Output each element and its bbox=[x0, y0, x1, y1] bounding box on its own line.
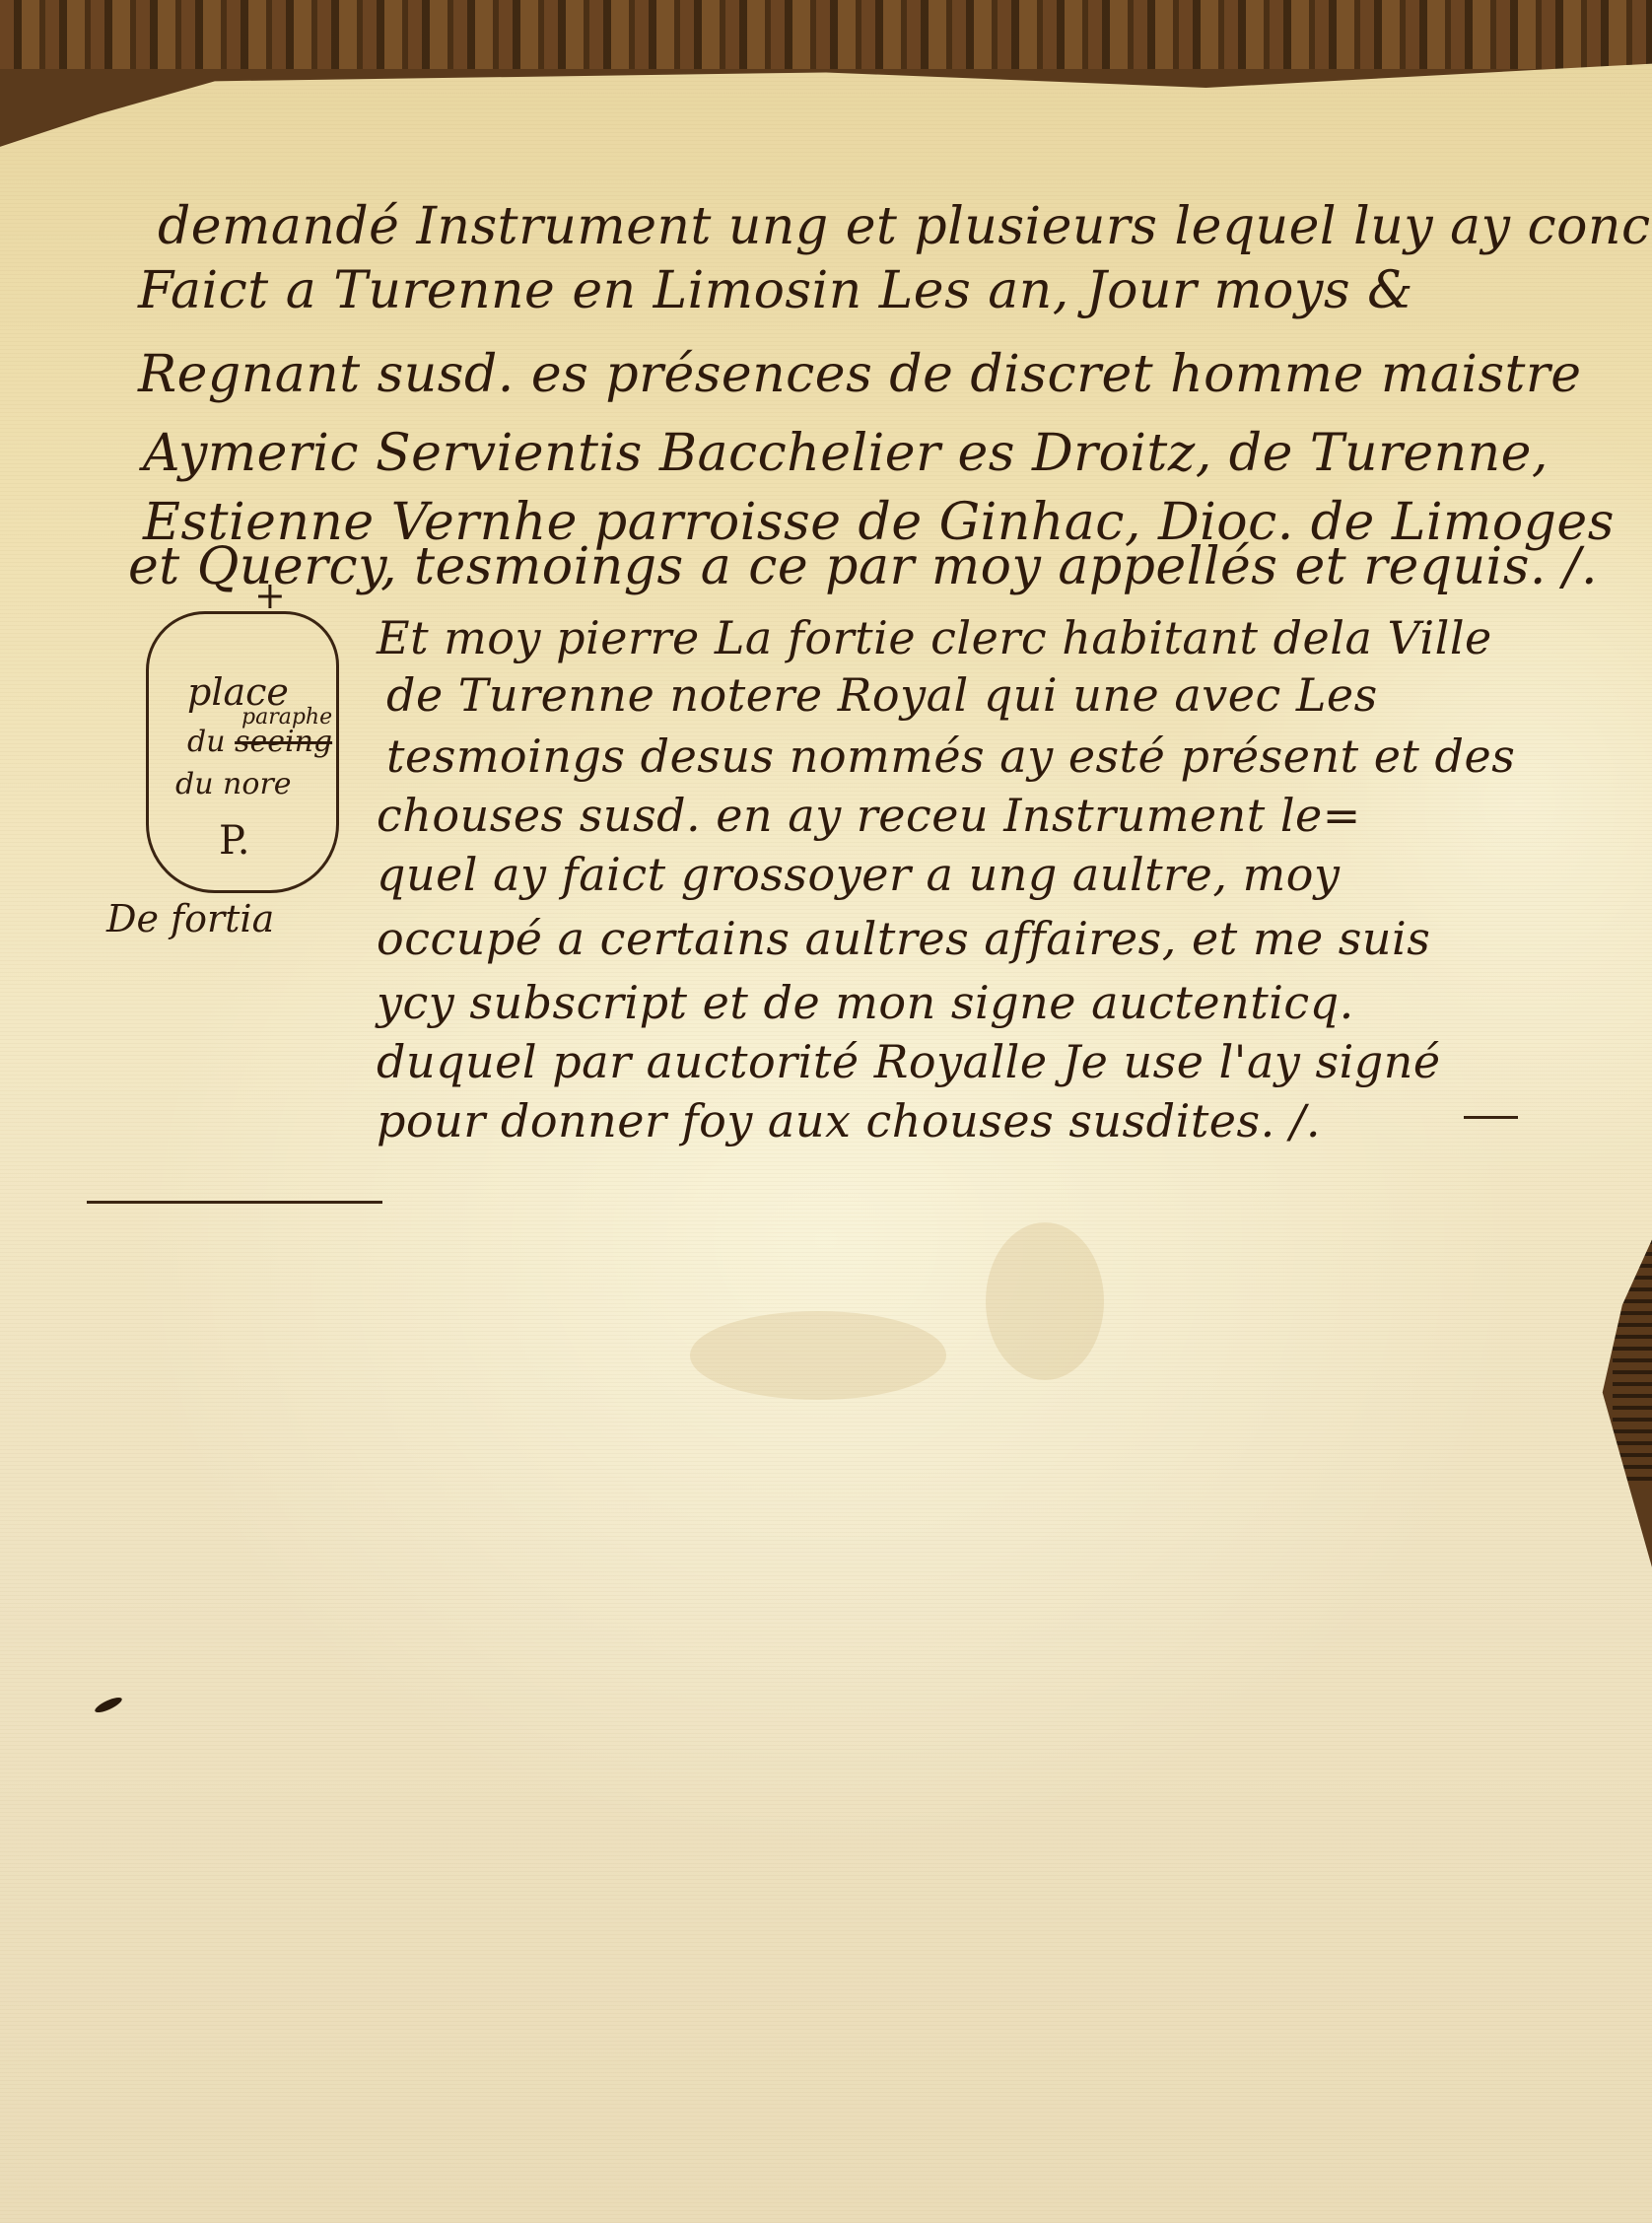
text-line: ycy subscript et de mon signe auctenticq… bbox=[377, 976, 1354, 1029]
end-flourish-rule bbox=[1464, 1116, 1518, 1119]
seal-text-struck: seeing bbox=[235, 725, 332, 759]
signature: De fortia bbox=[106, 897, 274, 940]
seal-initial: P. bbox=[219, 818, 367, 864]
closing-rule bbox=[87, 1201, 382, 1204]
seal-text-du: du bbox=[187, 725, 226, 759]
text-line: chouses susd. en ay receu Instrument le= bbox=[377, 789, 1361, 842]
paper-stain bbox=[690, 1311, 946, 1400]
seal-text-line2: du seeing bbox=[187, 725, 335, 759]
wooden-table-background bbox=[0, 0, 1652, 69]
text-line: Faict a Turenne en Limosin Les an, Jour … bbox=[138, 251, 1413, 330]
text-line: quel ay faict grossoyer a ung aultre, mo… bbox=[377, 848, 1340, 901]
text-line: tesmoings desus nommés ay esté présent e… bbox=[386, 729, 1515, 783]
text-line: et Quercy, tesmoings a ce par moy appell… bbox=[128, 527, 1598, 606]
text-line: Et moy pierre La fortie clerc habitant d… bbox=[377, 611, 1492, 664]
text-line: occupé a certains aultres affaires, et m… bbox=[377, 912, 1430, 965]
text-line: duquel par auctorité Royalle Je use l'ay… bbox=[377, 1035, 1441, 1088]
text-line: Regnant susd. es présences de discret ho… bbox=[138, 335, 1582, 414]
paper-stain bbox=[986, 1222, 1104, 1380]
text-line: Aymeric Servientis Bacchelier es Droitz,… bbox=[143, 414, 1549, 493]
text-line: de Turenne notere Royal qui une avec Les bbox=[386, 668, 1378, 722]
seal-text-nore: du nore bbox=[175, 767, 323, 801]
text-line: pour donner foy aux chouses susdites. /. bbox=[377, 1094, 1321, 1147]
